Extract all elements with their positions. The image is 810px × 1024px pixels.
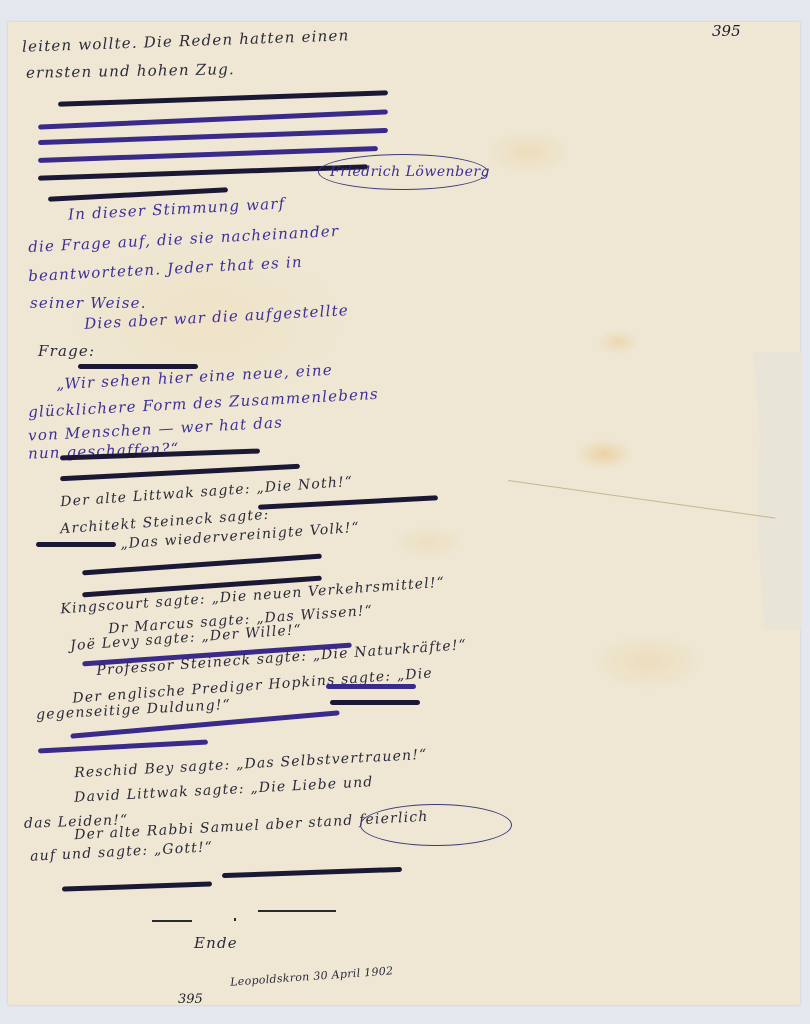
annotation-circle <box>360 804 512 846</box>
text-line: seiner Weise. <box>30 294 147 312</box>
page-number-top: 395 <box>712 22 741 40</box>
torn-edge <box>748 352 801 630</box>
divider-dash <box>258 910 336 912</box>
text-line: Reschid Bey sagte: „Das Selbstvertrauen!… <box>74 747 428 781</box>
text-line: beantworteten. Jeder that es in <box>28 253 303 285</box>
strikethrough <box>58 90 388 107</box>
strikethrough <box>38 128 388 145</box>
text-line: ernsten und hohen Zug. <box>26 60 235 82</box>
strikethrough <box>258 495 438 509</box>
text-line: leiten wollte. Die Reden hatten einen <box>22 26 350 55</box>
strikethrough <box>60 464 300 482</box>
divider-dot <box>234 918 236 921</box>
text-line: die Frage auf, die sie nacheinander <box>28 222 340 256</box>
strikethrough <box>222 867 402 878</box>
strikethrough <box>38 109 388 129</box>
divider-dash <box>152 920 192 922</box>
page-number-bottom: 395 <box>178 992 203 1007</box>
margin-note-circle <box>318 154 488 190</box>
strikethrough <box>326 684 416 689</box>
text-line: auf und sagte: „Gott!“ <box>30 839 214 865</box>
date-line: Leopoldskron 30 April 1902 <box>230 964 394 988</box>
strikethrough <box>82 554 322 576</box>
text-line: Frage: <box>38 342 95 360</box>
strikethrough <box>62 881 212 891</box>
strikethrough <box>330 700 420 705</box>
manuscript-page: 395 leiten wollte. Die Reden hatten eine… <box>8 22 800 1005</box>
strikethrough <box>36 542 116 547</box>
text-line: nun geschaffen?“ <box>28 439 180 462</box>
strikethrough <box>38 740 208 754</box>
closing-word: Ende <box>194 934 238 952</box>
strikethrough <box>38 146 378 163</box>
paper-crack <box>508 480 776 521</box>
